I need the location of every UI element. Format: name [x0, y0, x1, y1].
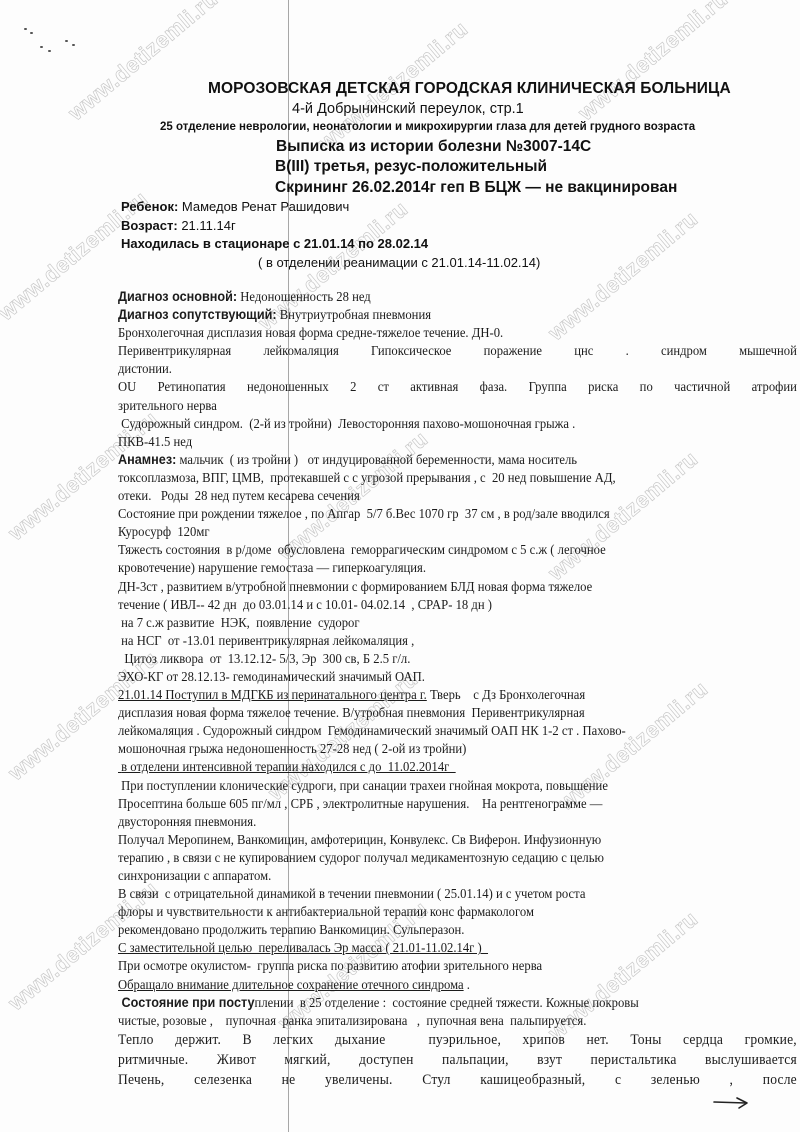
text-line: Тверь с Дз Бронхолегочная	[427, 687, 585, 702]
admission-underlined: 21.01.14 Поступил в МДГКБ из перинатальн…	[118, 687, 427, 702]
text-line: рекомендовано продолжить терапию Ванкоми…	[118, 921, 750, 939]
transfusion-line: С заместительной целью переливалась Эр м…	[118, 939, 750, 957]
text-line: мальчик ( из тройни ) от индуцированной …	[176, 452, 577, 467]
text-line: дисплазия новая форма тяжелое течение. В…	[118, 704, 750, 722]
diagnosis-main-label: Диагноз основной:	[118, 289, 237, 304]
diagnosis-concomitant-value: Внутриутробная пневмония	[277, 307, 431, 322]
text-line: Бронхолегочная дисплазия новая форма сре…	[118, 324, 750, 342]
text-line: терапию , в связи с не купированием судо…	[118, 849, 750, 867]
text-line: Состояние при рождении тяжелое , по Апга…	[118, 505, 750, 523]
state-label: Состояние при посту	[118, 995, 255, 1010]
extract-title: Выписка из истории болезни №3007-14С	[276, 138, 591, 156]
admission-line: 21.01.14 Поступил в МДГКБ из перинатальн…	[118, 686, 750, 704]
continue-arrow-icon	[712, 1093, 752, 1113]
watermark: www.detizemli.ru	[573, 0, 733, 126]
text-line: В связи с отрицательной динамикой в тече…	[118, 885, 750, 903]
text-line: на 7 с.ж развитие НЭК, появление судорог	[118, 614, 750, 632]
icu-line: в отделени интенсивной терапии находился…	[118, 758, 750, 776]
blood-type: В(III) третья, резус-положительный	[275, 158, 547, 176]
screening-info: Скрининг 26.02.2014г геп В БЦЖ — не вакц…	[275, 179, 677, 197]
text-line: Цитоз ликвора от 13.12.12- 5/3, Эр 300 с…	[118, 650, 750, 668]
anamnesis: Анамнез: мальчик ( из тройни ) от индуци…	[118, 451, 750, 469]
scanned-page: www.detizemli.ru www.detizemli.ru www.de…	[0, 0, 800, 1132]
hospital-stay: Находилась в стационаре с 21.01.14 по 28…	[121, 236, 428, 251]
patient-age-row: Возраст: 21.11.14г	[121, 218, 236, 233]
text-line: кровотечение) нарушение гемостаза — гипе…	[118, 559, 750, 577]
scan-specks	[20, 20, 90, 60]
text-line: При осмотре окулистом- группа риска по р…	[118, 957, 750, 975]
diagnosis-main-value: Недоношенность 28 нед	[237, 289, 371, 304]
text-line: Тяжесть состояния в р/доме обусловлена г…	[118, 541, 750, 559]
patient-name: Мамедов Ренат Рашидович	[178, 199, 349, 214]
text-line: OU Ретинопатия недоношенных 2 ст активна…	[118, 378, 797, 396]
text-line: ДН-3ст , развитием в/утробной пневмонии …	[118, 578, 750, 596]
hospital-name: МОРОЗОВСКАЯ ДЕТСКАЯ ГОРОДСКАЯ КЛИНИЧЕСКА…	[208, 80, 731, 98]
diagnosis-main: Диагноз основной: Недоношенность 28 нед	[118, 288, 750, 306]
text-line: При поступлении клонические судроги, при…	[118, 777, 750, 795]
watermark: www.detizemli.ru	[63, 0, 223, 126]
medical-record-body: Диагноз основной: Недоношенность 28 нед …	[118, 288, 750, 1090]
text-line: лейкомаляция . Судорожный синдром Гемоди…	[118, 722, 750, 740]
text-line: ЭХО-КГ от 28.12.13- гемодинамический зна…	[118, 668, 750, 686]
text-line: зрительного нерва	[118, 397, 750, 415]
edema-line: Обращало внимание длительное сохранение …	[118, 976, 750, 994]
text-line: чистые, розовые , пупочная ранка эпитали…	[118, 1012, 750, 1030]
text-line: двусторонняя пневмония.	[118, 813, 750, 831]
text-line: Тепло держит. В легких дыхание пуэрильно…	[118, 1030, 797, 1050]
patient-name-row: Ребенок: Мамедов Ренат Рашидович	[121, 199, 349, 214]
text-line: ритмичные. Живот мягкий, доступен пальпа…	[118, 1050, 797, 1070]
text-line: .	[464, 977, 470, 992]
diagnosis-concomitant-label: Диагноз сопутствующий:	[118, 307, 277, 322]
text-line: синхронизации с аппаратом.	[118, 867, 750, 885]
text-line: Куросурф 120мг	[118, 523, 750, 541]
state-on-admission: Состояние при поступлении в 25 отделение…	[118, 994, 750, 1012]
text-line: течение ( ИВЛ-- 42 дн до 03.01.14 и с 10…	[118, 596, 750, 614]
text-line: флоры и чувствительности к антибактериал…	[118, 903, 750, 921]
text-line: Печень, селезенка не увеличены. Стул каш…	[118, 1070, 797, 1090]
icu-stay: ( в отделении реанимации с 21.01.14-11.0…	[258, 255, 540, 270]
text-line: Получал Меропинем, Ванкомицин, амфотериц…	[118, 831, 750, 849]
icu-underlined: в отделени интенсивной терапии находился…	[118, 759, 456, 774]
edema-underlined: Обращало внимание длительное сохранение …	[118, 977, 464, 992]
text-line: на НСГ от -13.01 перивентрикулярная лейк…	[118, 632, 750, 650]
diagnosis-concomitant: Диагноз сопутствующий: Внутриутробная пн…	[118, 306, 750, 324]
hospital-address: 4-й Добрынинский переулок, стр.1	[292, 101, 524, 117]
text-line: отеки. Роды 28 нед путем кесарева сечени…	[118, 487, 750, 505]
text-line: Просептина больше 605 пг/мл , СРБ , элек…	[118, 795, 750, 813]
text-line: Перивентрикулярная лейкомаляция Гипоксич…	[118, 342, 797, 360]
anamnesis-label: Анамнез:	[118, 452, 176, 467]
text-line: Судорожный синдром. (2-й из тройни) Лево…	[118, 415, 750, 433]
text-line: дистонии.	[118, 360, 750, 378]
text-line: мошоночная грыжа недоношенность 27-28 не…	[118, 740, 750, 758]
text-line: плении в 25 отделение : состояние средне…	[255, 995, 639, 1010]
department-name: 25 отделение неврологии, неонатологии и …	[160, 121, 695, 133]
patient-name-label: Ребенок:	[121, 199, 178, 214]
transfusion-underlined: С заместительной целью переливалась Эр м…	[118, 940, 488, 955]
patient-age-label: Возраст:	[121, 218, 178, 233]
text-line: токсоплазмоза, ВПГ, ЦМВ, протекавшей с с…	[118, 469, 750, 487]
text-line: ПКВ-41.5 нед	[118, 433, 750, 451]
patient-age: 21.11.14г	[178, 218, 236, 233]
